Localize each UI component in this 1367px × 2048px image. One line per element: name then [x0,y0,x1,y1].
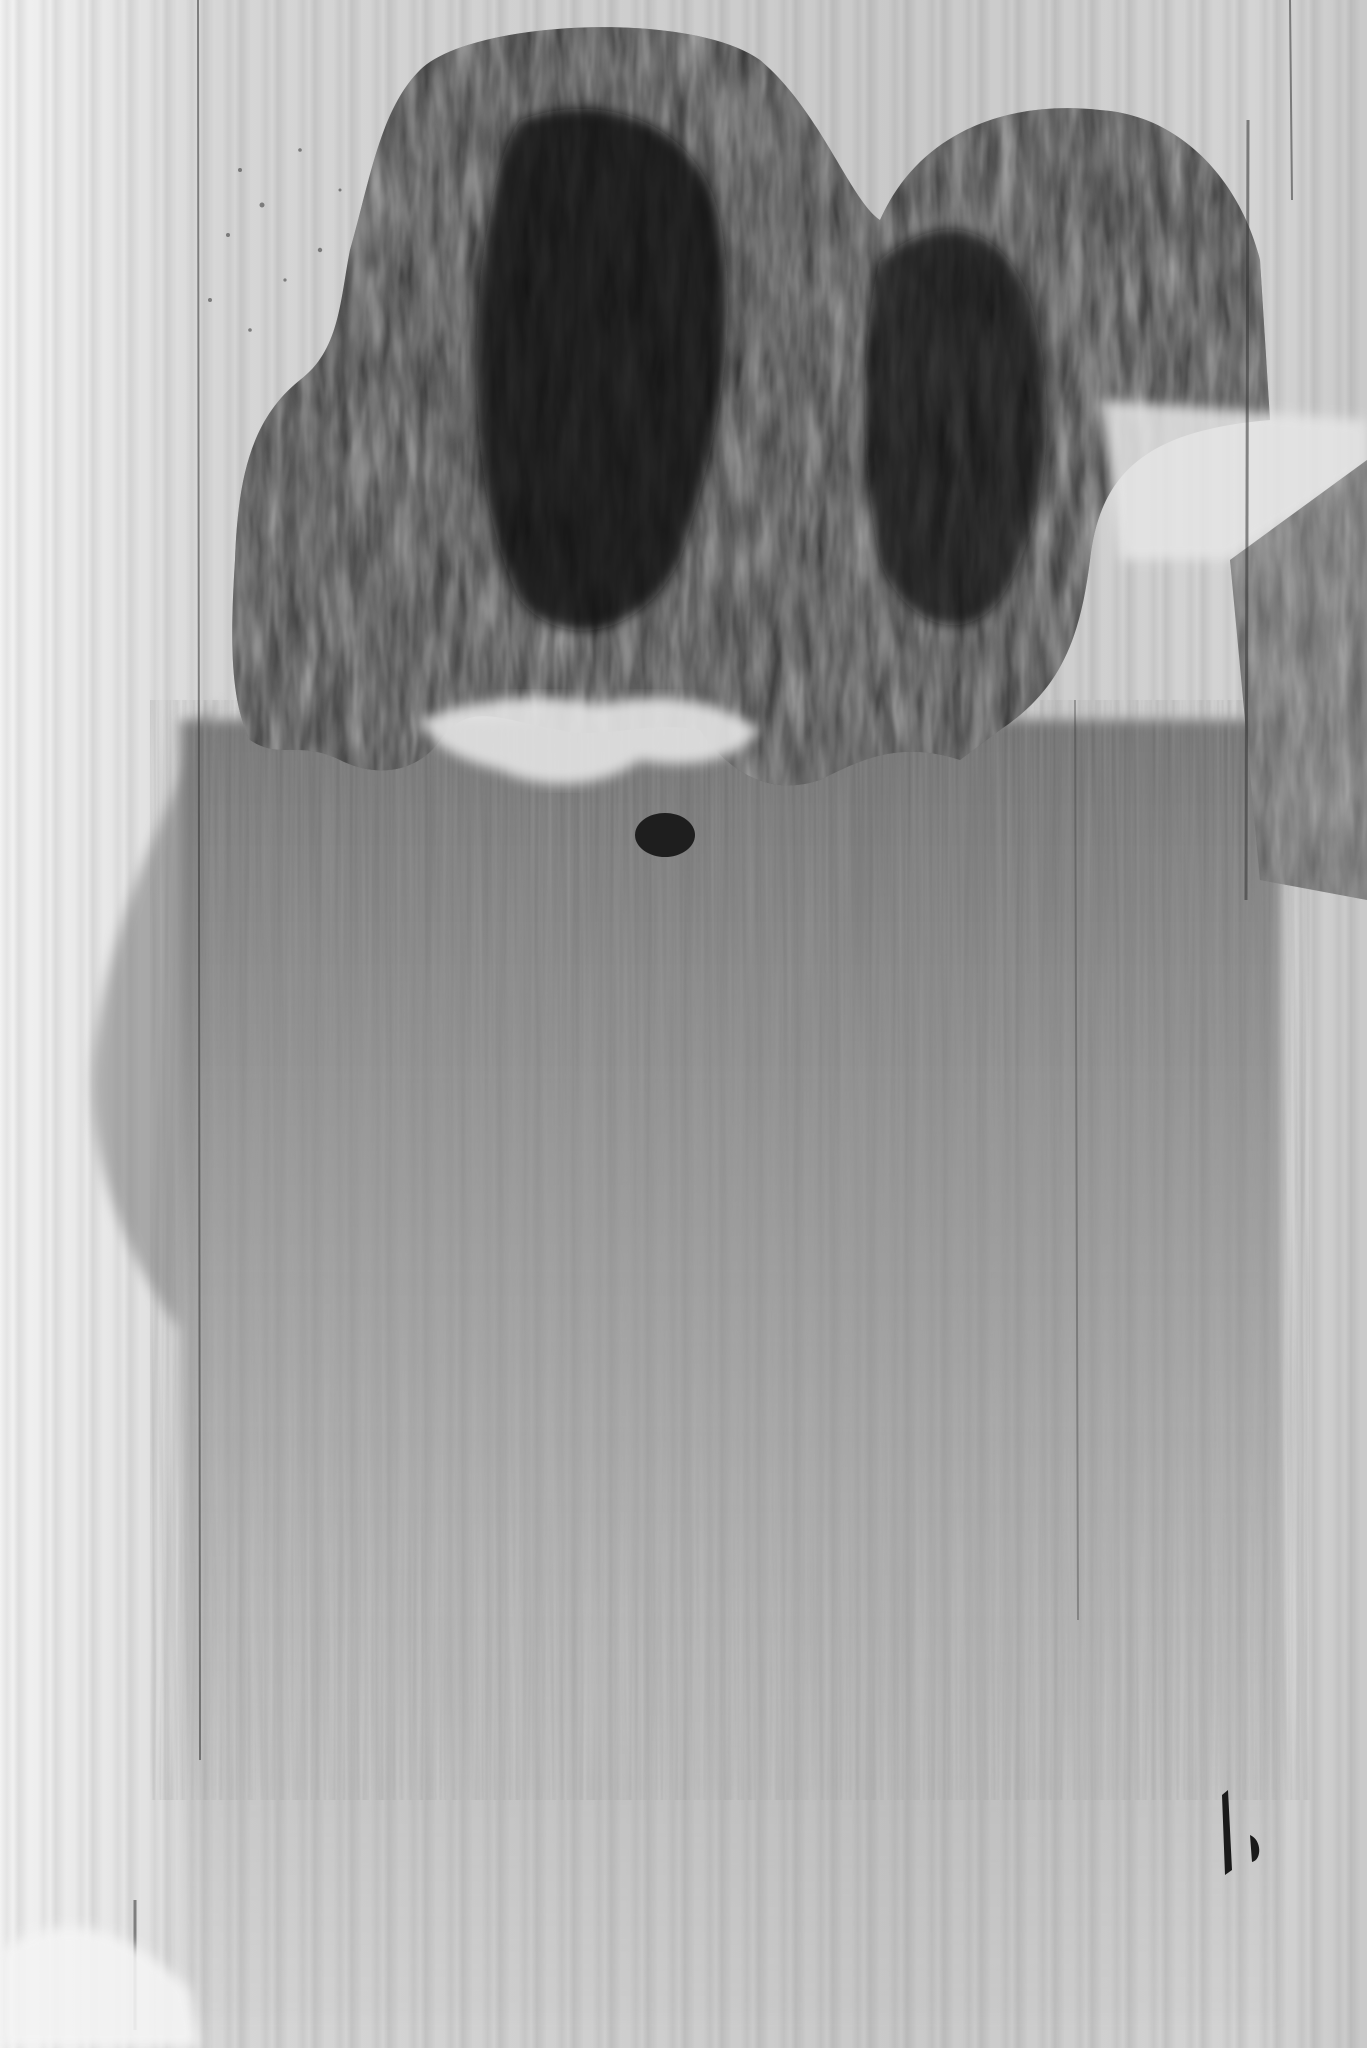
white-patch [0,1927,200,2048]
abstract-painting [0,0,1367,2048]
dark-blot [635,813,695,857]
painting-shapes [0,0,1367,2048]
speckles [208,148,342,332]
